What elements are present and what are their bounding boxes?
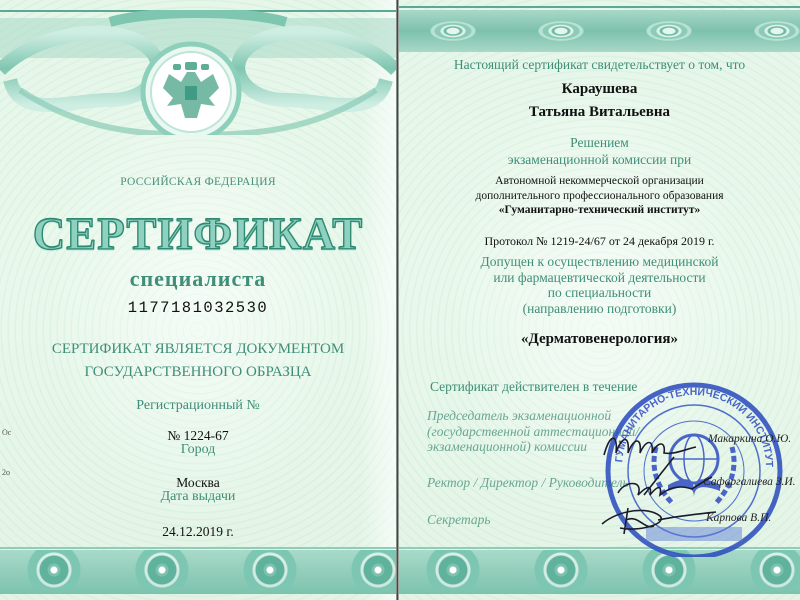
country-label: РОССИЙСКАЯ ФЕДЕРАЦИЯ (0, 176, 396, 188)
admission-line-3: по специальности (399, 285, 800, 301)
holder-surname: Караушева (399, 81, 800, 98)
certificate-intro: Настоящий сертификат свидетельствует о т… (399, 57, 800, 73)
margin-mark: Ос (2, 428, 11, 437)
holder-given-names: Татьяна Витальевна (399, 104, 800, 121)
certificate-subtitle: специалиста (0, 266, 396, 292)
certificate-title: СЕРТИФИКАТ (0, 208, 396, 260)
secretary-label: Секретарь (427, 512, 491, 528)
secretary-name: Карпова В.П. (706, 512, 771, 524)
border-line (0, 547, 396, 549)
admission-statement: Допущен к осуществлению медицинской или … (399, 254, 800, 316)
rector-name: Сафаргалиева З.И. (703, 476, 796, 488)
guilloche-band-top (399, 10, 800, 52)
guilloche-band-bottom-left (0, 550, 396, 594)
decision-line-1: Решением (399, 134, 800, 151)
registration-label: Регистрационный № (0, 398, 396, 414)
admission-line-2: или фармацевтической деятельности (399, 270, 800, 286)
margin-mark: 2о (2, 468, 10, 477)
state-document-statement: СЕРТИФИКАТ ЯВЛЯЕТСЯ ДОКУМЕНТОМ ГОСУДАРСТ… (0, 338, 396, 384)
decision-statement: Решением экзаменационной комиссии при (399, 134, 800, 168)
rector-signature-icon (614, 455, 714, 505)
admission-line-1: Допущен к осуществлению медицинской (399, 254, 800, 270)
decision-line-2: экзаменационной комиссии при (399, 151, 800, 168)
certificate-number: 1177181032530 (0, 299, 396, 317)
protocol-reference: Протокол № 1219-24/67 от 24 декабря 2019… (399, 234, 800, 249)
secretary-signature-icon (598, 500, 718, 536)
top-border-right (399, 6, 800, 8)
organization-line-1: Автономной некоммерческой организации (399, 174, 800, 189)
specialty-name: «Дерматовенерология» (399, 331, 800, 348)
city-label: Город (0, 442, 396, 458)
organization-block: Автономной некоммерческой организации до… (399, 174, 800, 218)
admission-line-4: (направлению подготовки) (399, 301, 800, 317)
organization-name: «Гуманитарно-технический институт» (399, 203, 800, 218)
state-document-line-1: СЕРТИФИКАТ ЯВЛЯЕТСЯ ДОКУМЕНТОМ (0, 338, 396, 361)
issue-date-value: 24.12.2019 г. (0, 524, 396, 540)
chair-name: Макаркина О.Ю. (708, 433, 791, 445)
organization-line-2: дополнительного профессионального образо… (399, 189, 800, 204)
state-document-line-2: ГОСУДАРСТВЕННОГО ОБРАЗЦА (0, 361, 396, 384)
issue-date-label: Дата выдачи (0, 489, 396, 505)
guilloche-ornament-top-icon (0, 10, 396, 135)
